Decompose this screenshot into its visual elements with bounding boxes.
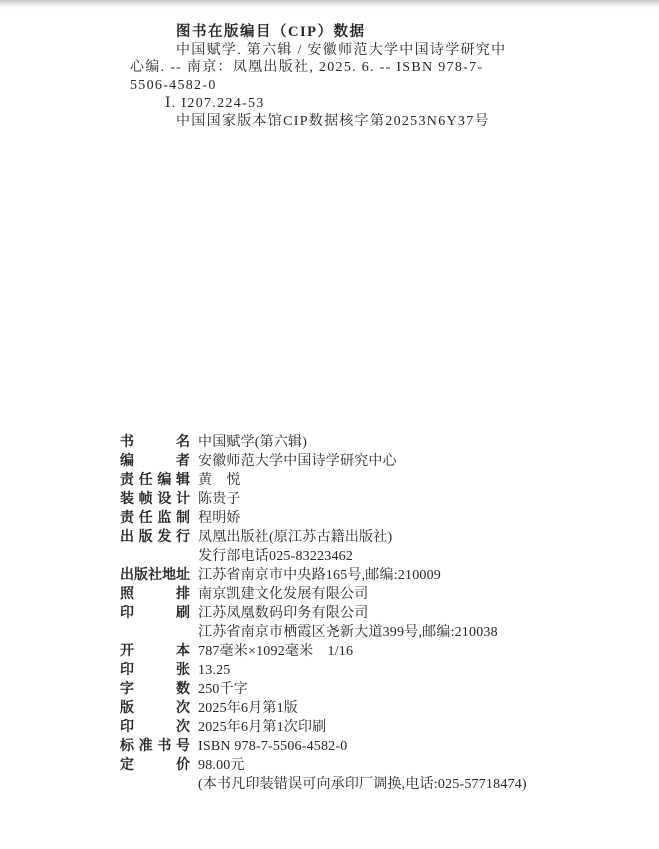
colophon-row-isbn: 标准书号 ISBN 978-7-5506-4582-0 — [120, 737, 580, 756]
cip-block: 图书在版编目（CIP）数据 中国赋学. 第六辑 / 安徽师范大学中国诗学研究中 … — [130, 24, 550, 130]
colophon-value: 凤凰出版社(原江苏古籍出版社) — [198, 528, 392, 547]
colophon-label — [120, 547, 190, 566]
colophon-row-cover-design: 装帧设计 陈贵子 — [120, 490, 580, 509]
colophon-label: 出版发行 — [120, 528, 190, 547]
colophon-row-printer: 印刷 江苏凤凰数码印务有限公司 — [120, 604, 580, 623]
colophon-row-format: 开本 787毫米×1092毫米 1/16 — [120, 642, 580, 661]
colophon-label: 字数 — [120, 680, 190, 699]
colophon-label: 印张 — [120, 661, 190, 680]
colophon-value: 98.00元 — [198, 756, 245, 775]
colophon-row-edition: 版次 2025年6月第1版 — [120, 699, 580, 718]
colophon-row-editor: 编者 安徽师范大学中国诗学研究中心 — [120, 452, 580, 471]
colophon-row-sheets: 印张 13.25 — [120, 661, 580, 680]
page-top-shadow — [0, 0, 659, 9]
colophon-value: (本书凡印装错误可向承印厂调换,电话:025-57718474) — [198, 775, 527, 794]
colophon-label: 印刷 — [120, 604, 190, 623]
colophon-row-responsible-editor: 责任编辑 黄 悦 — [120, 471, 580, 490]
colophon-label: 编者 — [120, 452, 190, 471]
colophon-value: 787毫米×1092毫米 1/16 — [198, 642, 353, 661]
colophon-row-price: 定价 98.00元 — [120, 756, 580, 775]
cip-line-3: 5506-4582-0 — [130, 77, 550, 95]
colophon-label: 标准书号 — [120, 737, 190, 756]
colophon-label — [120, 775, 190, 794]
colophon-row-word-count: 字数 250千字 — [120, 680, 580, 699]
colophon-label: 责任监制 — [120, 509, 190, 528]
colophon-value: 安徽师范大学中国诗学研究中心 — [198, 452, 397, 471]
colophon-label — [120, 623, 190, 642]
colophon-label: 装帧设计 — [120, 490, 190, 509]
cip-title: 图书在版编目（CIP）数据 — [130, 24, 550, 42]
colophon-value: 2025年6月第1版 — [198, 699, 298, 718]
colophon-row-distribution-phone: 发行部电话025-83223462 — [120, 547, 580, 566]
colophon-value: 2025年6月第1次印刷 — [198, 718, 326, 737]
colophon-label: 出版社地址 — [120, 566, 190, 585]
colophon-value: 南京凯建文化发展有限公司 — [198, 585, 368, 604]
colophon-row-publisher-address: 出版社地址 江苏省南京市中央路165号,邮编:210009 — [120, 566, 580, 585]
copyright-page: 图书在版编目（CIP）数据 中国赋学. 第六辑 / 安徽师范大学中国诗学研究中 … — [0, 0, 659, 849]
colophon-label: 照排 — [120, 585, 190, 604]
colophon-value: 13.25 — [198, 661, 231, 680]
colophon-row-typesetting: 照排 南京凯建文化发展有限公司 — [120, 585, 580, 604]
cip-record-number-line: 中国国家版本馆CIP数据核字第20253N6Y37号 — [130, 113, 550, 131]
colophon-row-publisher: 出版发行 凤凰出版社(原江苏古籍出版社) — [120, 528, 580, 547]
colophon-value: 程明娇 — [198, 509, 241, 528]
colophon-label: 印次 — [120, 718, 190, 737]
colophon-label: 版次 — [120, 699, 190, 718]
colophon-value: 陈贵子 — [198, 490, 241, 509]
colophon-value: ISBN 978-7-5506-4582-0 — [198, 737, 347, 756]
colophon-row-impression: 印次 2025年6月第1次印刷 — [120, 718, 580, 737]
cip-classification-line: Ⅰ. I207.224-53 — [130, 95, 550, 113]
colophon-label: 开本 — [120, 642, 190, 661]
colophon-value: 中国赋学(第六辑) — [198, 433, 307, 452]
colophon-row-book-title: 书名 中国赋学(第六辑) — [120, 433, 580, 452]
colophon-row-printer-address: 江苏省南京市栖霞区尧新大道399号,邮编:210038 — [120, 623, 580, 642]
cip-line-2: 心编. -- 南京：凤凰出版社, 2025. 6. -- ISBN 978-7- — [130, 59, 550, 77]
colophon-row-exchange-notice: (本书凡印装错误可向承印厂调换,电话:025-57718474) — [120, 775, 580, 794]
colophon-block: 书名 中国赋学(第六辑) 编者 安徽师范大学中国诗学研究中心 责任编辑 黄 悦 … — [120, 433, 580, 794]
colophon-label: 责任编辑 — [120, 471, 190, 490]
colophon-value: 江苏省南京市栖霞区尧新大道399号,邮编:210038 — [198, 623, 498, 642]
colophon-value: 250千字 — [198, 680, 248, 699]
colophon-value: 发行部电话025-83223462 — [198, 547, 353, 566]
colophon-value: 江苏凤凰数码印务有限公司 — [198, 604, 368, 623]
colophon-value: 江苏省南京市中央路165号,邮编:210009 — [198, 566, 441, 585]
cip-line-1: 中国赋学. 第六辑 / 安徽师范大学中国诗学研究中 — [130, 42, 550, 60]
colophon-label: 定价 — [120, 756, 190, 775]
colophon-row-production-supervisor: 责任监制 程明娇 — [120, 509, 580, 528]
colophon-value: 黄 悦 — [198, 471, 241, 490]
colophon-label: 书名 — [120, 433, 190, 452]
